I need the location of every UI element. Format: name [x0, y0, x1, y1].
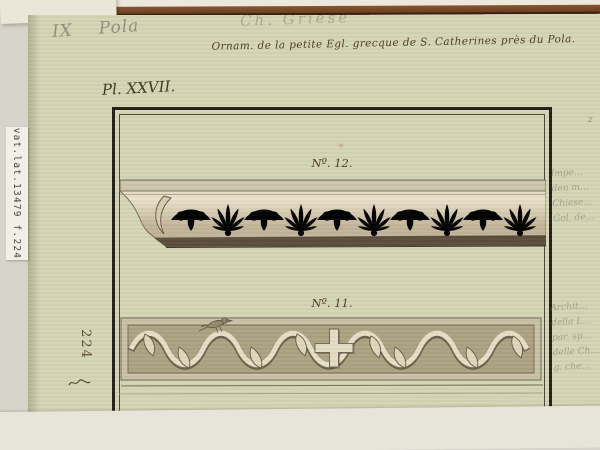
figure-11-label: Nº. 11. — [115, 296, 549, 310]
margin-note-lower: Archit… della L… par. sp… delle Ch… g. c… — [550, 297, 600, 376]
figure-12-label: Nº. 12. — [115, 156, 549, 170]
ink-flourish-mark — [68, 377, 92, 389]
tiny-ink-mark: z — [588, 115, 593, 125]
faint-pencil-annotation: Ch. Griese — [240, 15, 351, 30]
series-number: IX — [51, 21, 73, 42]
cornice-palmette-frieze-drawing — [118, 174, 546, 268]
folio-number-stamp: 224 — [78, 329, 93, 360]
archival-shelfmark-label: vat.lat.13479 f.224 — [6, 127, 28, 260]
paper-fleck — [338, 143, 344, 148]
ink-title-inscription: Ornam. de la petite Egl. grecque de S. C… — [191, 33, 596, 53]
vine-scroll-cross-frieze-drawing — [119, 316, 543, 400]
scan-background-lower — [0, 406, 600, 450]
scanned-manuscript-page: IXPola Ch. Griese Ornam. de la petite Eg… — [0, 0, 600, 450]
margin-note-upper: Impe… den m… Chiese… Gol. de… — [550, 163, 600, 227]
shelfmark-text: vat.lat.13479 f.224 — [12, 128, 23, 259]
plate-number-label: Pl. XXVII. — [102, 77, 176, 99]
pencil-series-annotation: IXPola — [51, 16, 140, 42]
folio-page: IXPola Ch. Griese Ornam. de la petite Eg… — [28, 15, 600, 412]
plate-border-frame: Nº. 12. — [112, 107, 552, 412]
place-name: Pola — [98, 16, 140, 39]
